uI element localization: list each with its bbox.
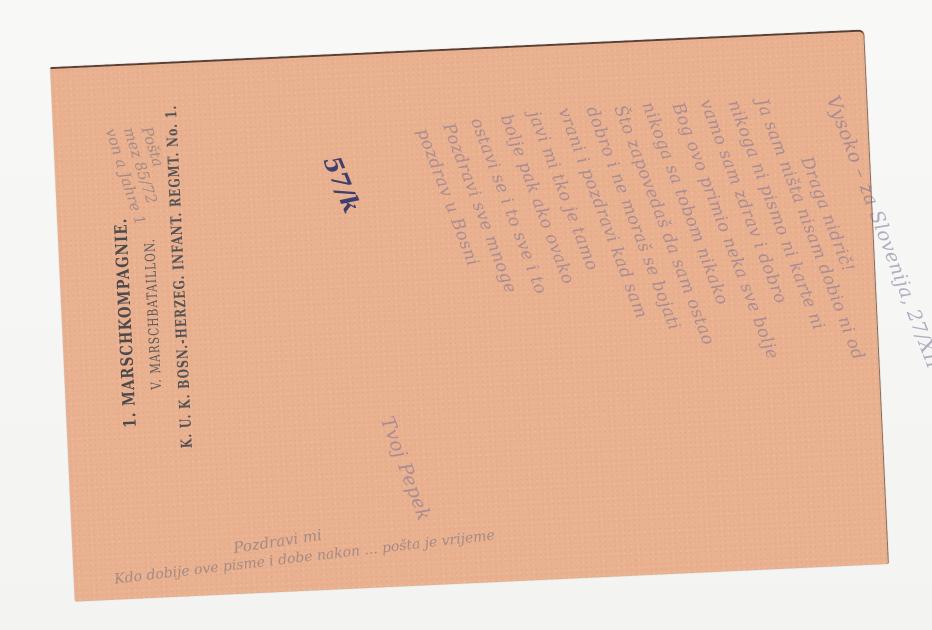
stamp-line-battalion: V. MARSCHBATAILLON. bbox=[142, 238, 165, 390]
stamp-line-company: 1. MARSCHKOMPAGNIE. bbox=[111, 217, 141, 428]
stamp-line-regiment: K. U. K. BOSN.-HERZEG. INFANT. REGMT. No… bbox=[162, 104, 196, 448]
postcard: K. U. K. BOSN.-HERZEG. INFANT. REGMT. No… bbox=[50, 29, 889, 601]
ink-annotation: 57/k bbox=[318, 152, 367, 217]
sender-stamp: K. U. K. BOSN.-HERZEG. INFANT. REGMT. No… bbox=[95, 162, 225, 607]
postcard-surface: K. U. K. BOSN.-HERZEG. INFANT. REGMT. No… bbox=[50, 31, 888, 601]
signature: Tvoj Pepek bbox=[376, 413, 435, 524]
